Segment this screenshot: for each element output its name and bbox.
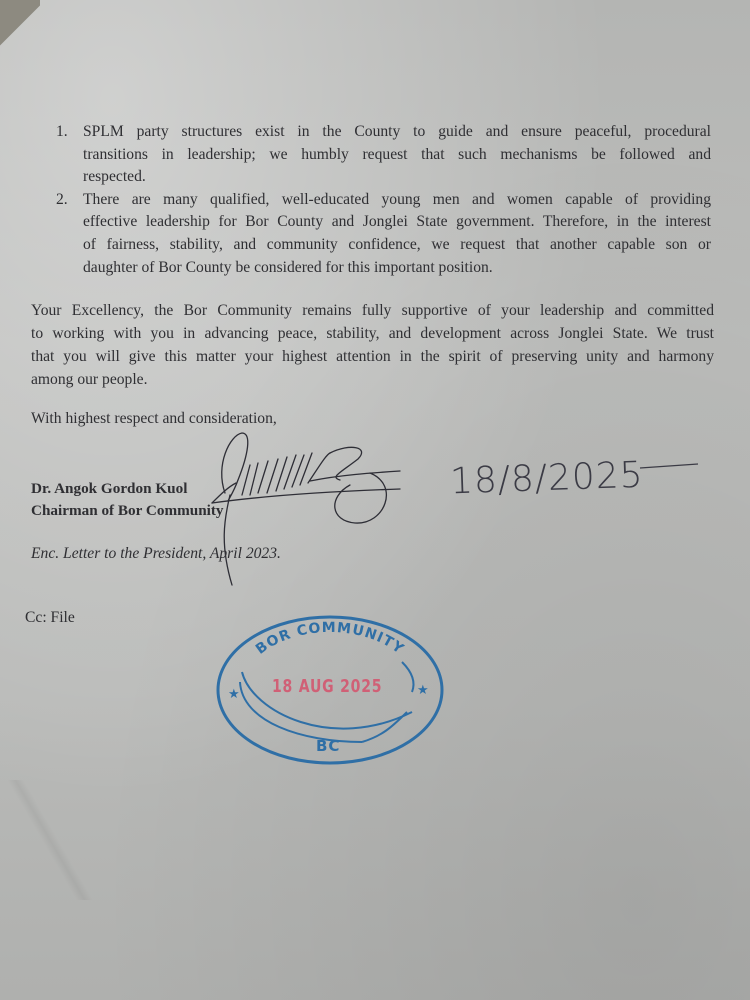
point-line: There are many qualified, well-educated … [83,189,711,212]
cc-note: Cc: File [25,609,75,627]
enclosure-note: Enc. Letter to the President, April 2023… [31,545,281,563]
point-line: SPLM party structures exist in the Count… [83,121,711,144]
numbered-points-list: 1. SPLM party structures exist in the Co… [56,121,711,279]
closing-paragraph: Your Excellency, the Bor Community remai… [31,299,714,391]
paragraph-line: to working with you in advancing peace, … [31,322,714,345]
handwritten-underline [640,462,700,472]
star-icon: ★ [417,683,429,698]
signature-scribble [190,425,420,595]
point-line: respected. [83,166,711,189]
point-number: 2. [56,189,68,212]
point-item: 2. There are many qualified, well-educat… [56,189,711,279]
paragraph-line: that you will give this matter your high… [31,345,714,368]
paragraph-line: among our people. [31,368,714,391]
point-line: transitions in leadership; we humbly req… [83,144,711,167]
point-line: daughter of Bor County be considered for… [83,257,711,280]
stamp-initials: BC [316,737,340,755]
point-number: 1. [56,121,68,144]
stamp-date: 18 AUG 2025 [272,676,382,697]
point-item: 1. SPLM party structures exist in the Co… [56,121,711,189]
page-corner-shadow [0,0,40,60]
point-line: effective leadership for Bor County and … [83,211,711,234]
handwritten-date: 18/8/2025 [449,455,644,503]
star-icon: ★ [228,687,240,702]
paper-fold [0,780,100,900]
point-line: of fairness, stability, and community co… [83,234,711,257]
paragraph-line: Your Excellency, the Bor Community remai… [31,299,714,322]
